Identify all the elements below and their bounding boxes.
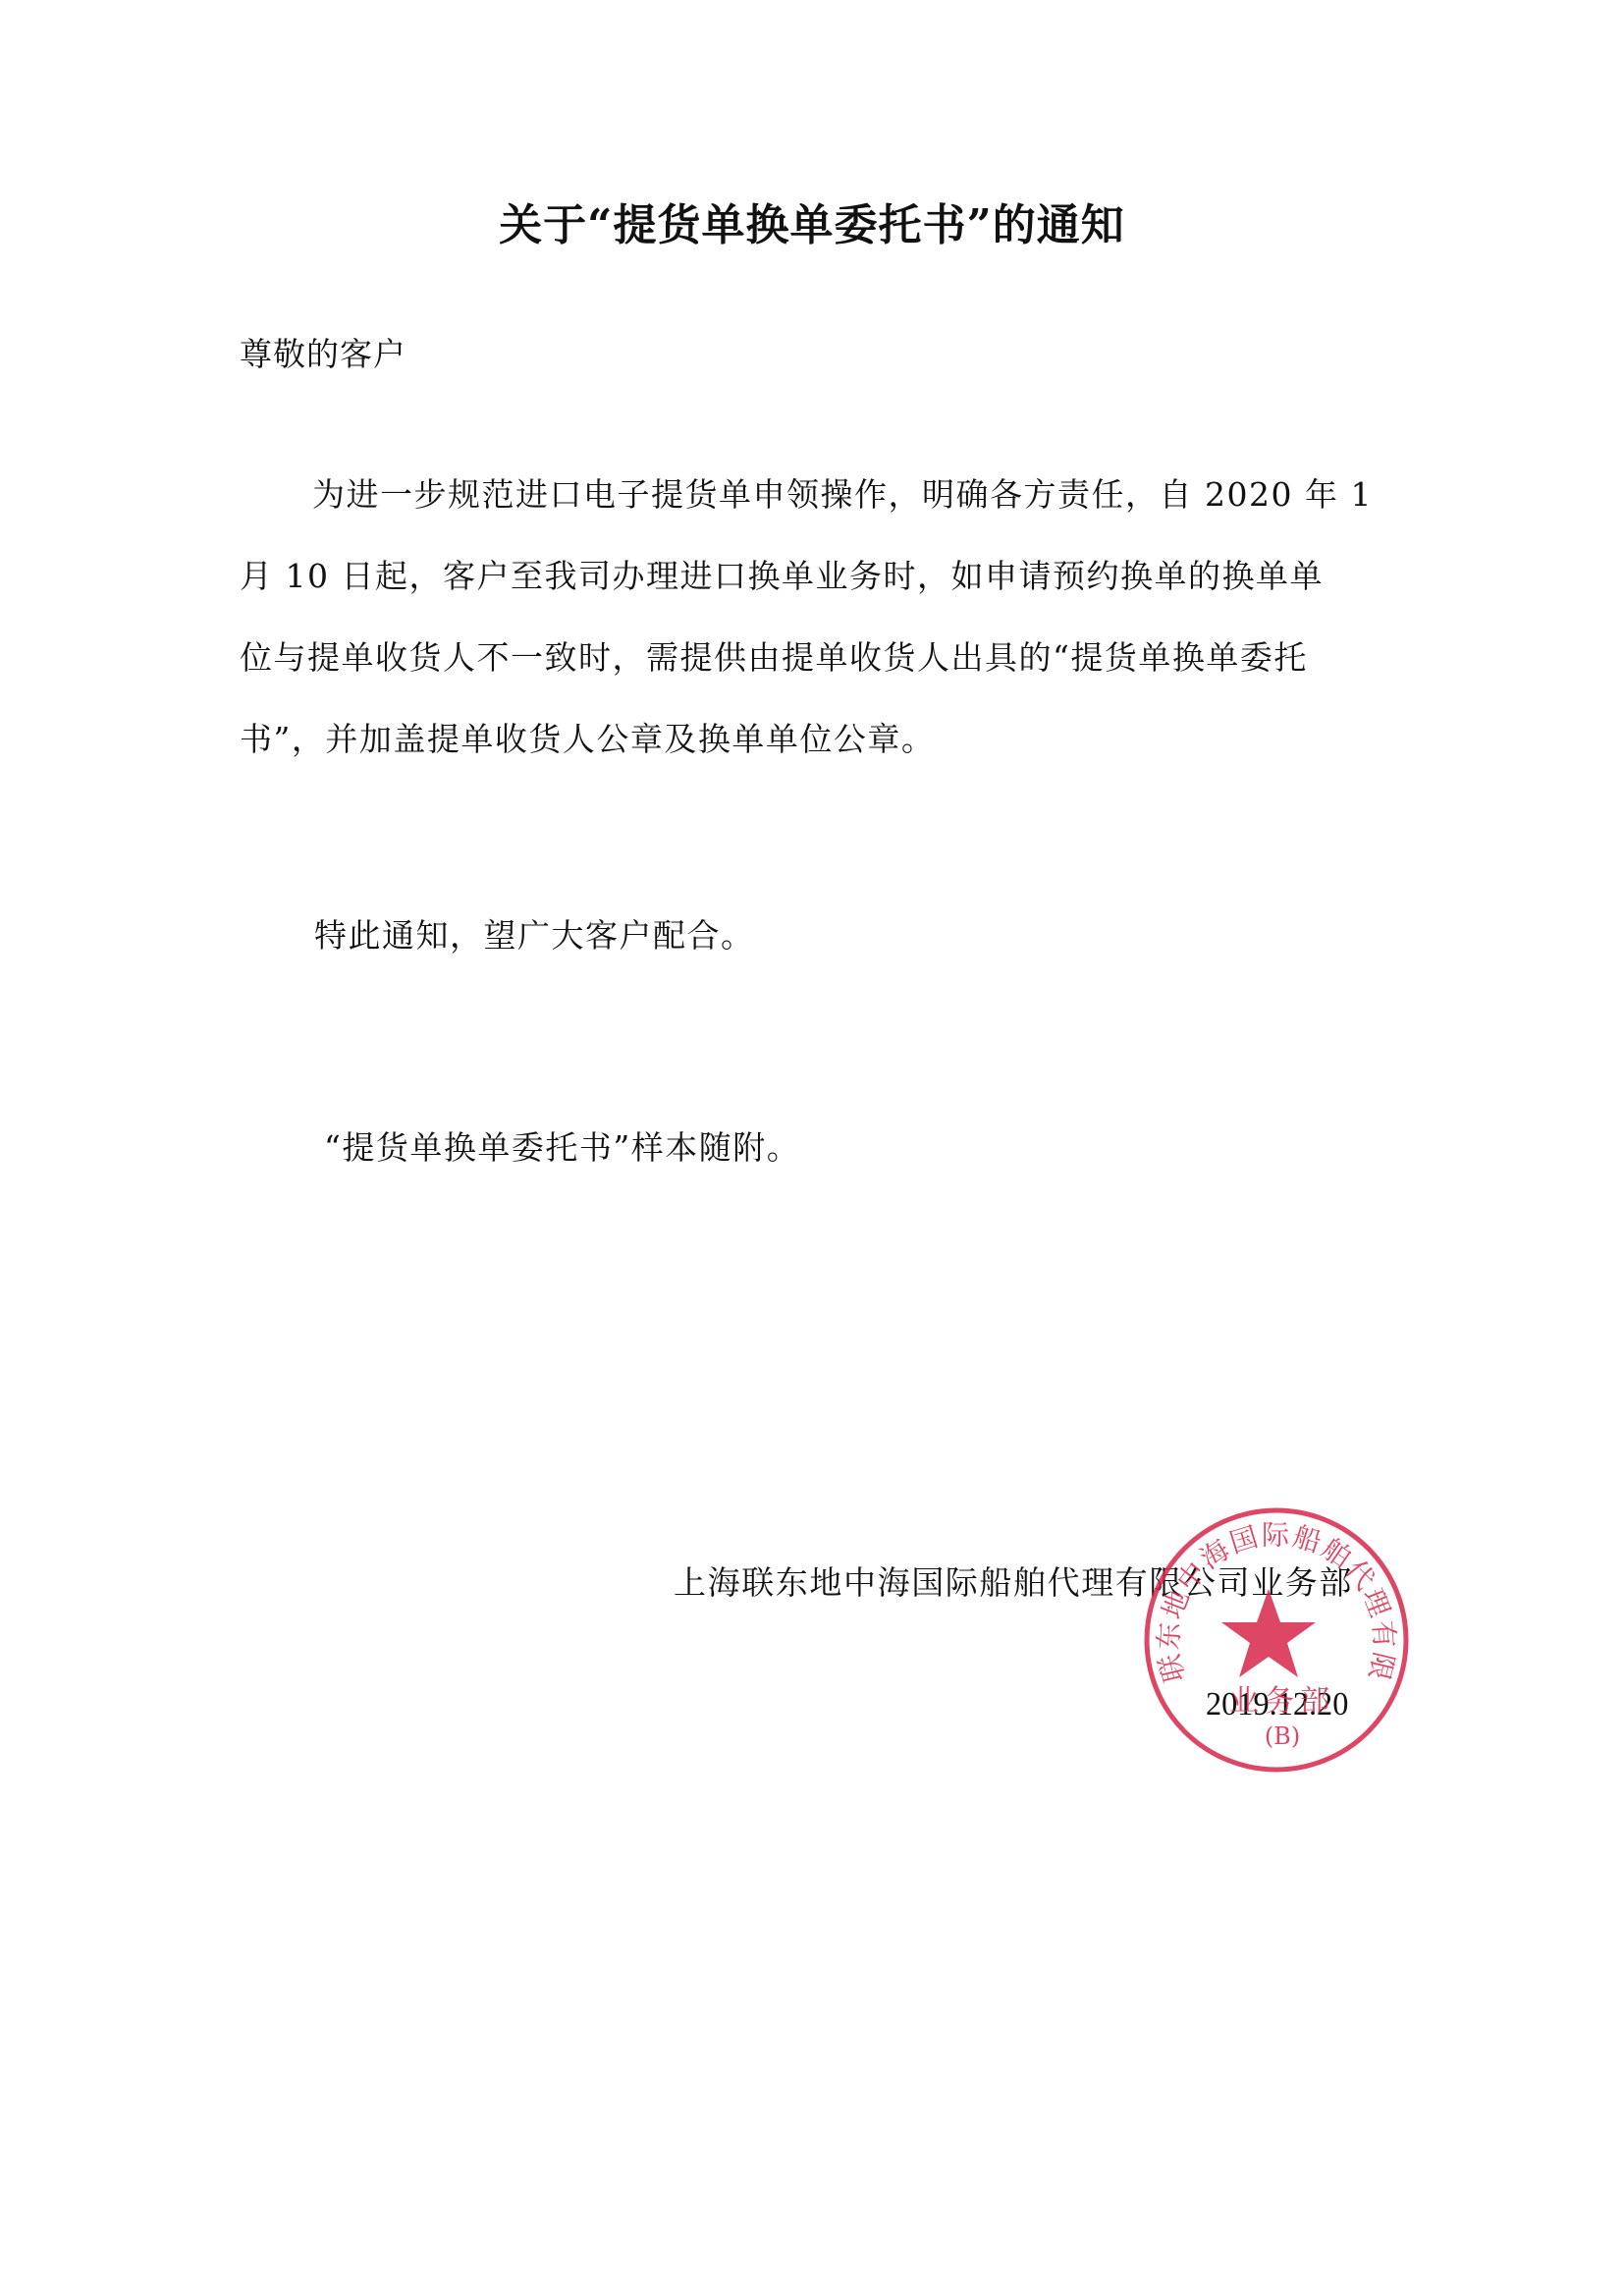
body-line: 月 10 日起，客户至我司办理进口换单业务时，如申请预约换单的换单单 (240, 535, 1379, 617)
attachment-note: “提货单换单委托书”样本随附。 (324, 1125, 800, 1171)
body-line: 位与提单收货人不一致时，需提供由提单收货人出具的“提货单换单委托 (240, 617, 1379, 698)
document-title: 关于“提货单换单委托书”的通知 (0, 196, 1624, 255)
seal-graphic: 上海联东地中海国际船舶代理有限公司 业务部 (B) (1139, 1503, 1414, 1777)
document-page: 关于“提货单换单委托书”的通知 尊敬的客户 为进一步规范进口电子提货单申领操作，… (0, 0, 1624, 2296)
body-line: 为进一步规范进口电子提货单申领操作，明确各方责任，自 2020 年 1 (240, 454, 1379, 535)
star-icon (1221, 1589, 1316, 1677)
closing-remark: 特此通知，望广大客户配合。 (314, 913, 755, 958)
body-paragraph: 为进一步规范进口电子提货单申领操作，明确各方责任，自 2020 年 1 月 10… (240, 454, 1379, 780)
salutation: 尊敬的客户 (240, 332, 406, 377)
seal-code-text: (B) (1265, 1722, 1300, 1750)
body-line: 书”，并加盖提单收货人公章及换单单位公章。 (240, 698, 1379, 780)
seal-department-text: 业务部 (1229, 1684, 1335, 1719)
company-seal: 上海联东地中海国际船舶代理有限公司 业务部 (B) (1139, 1503, 1414, 1777)
